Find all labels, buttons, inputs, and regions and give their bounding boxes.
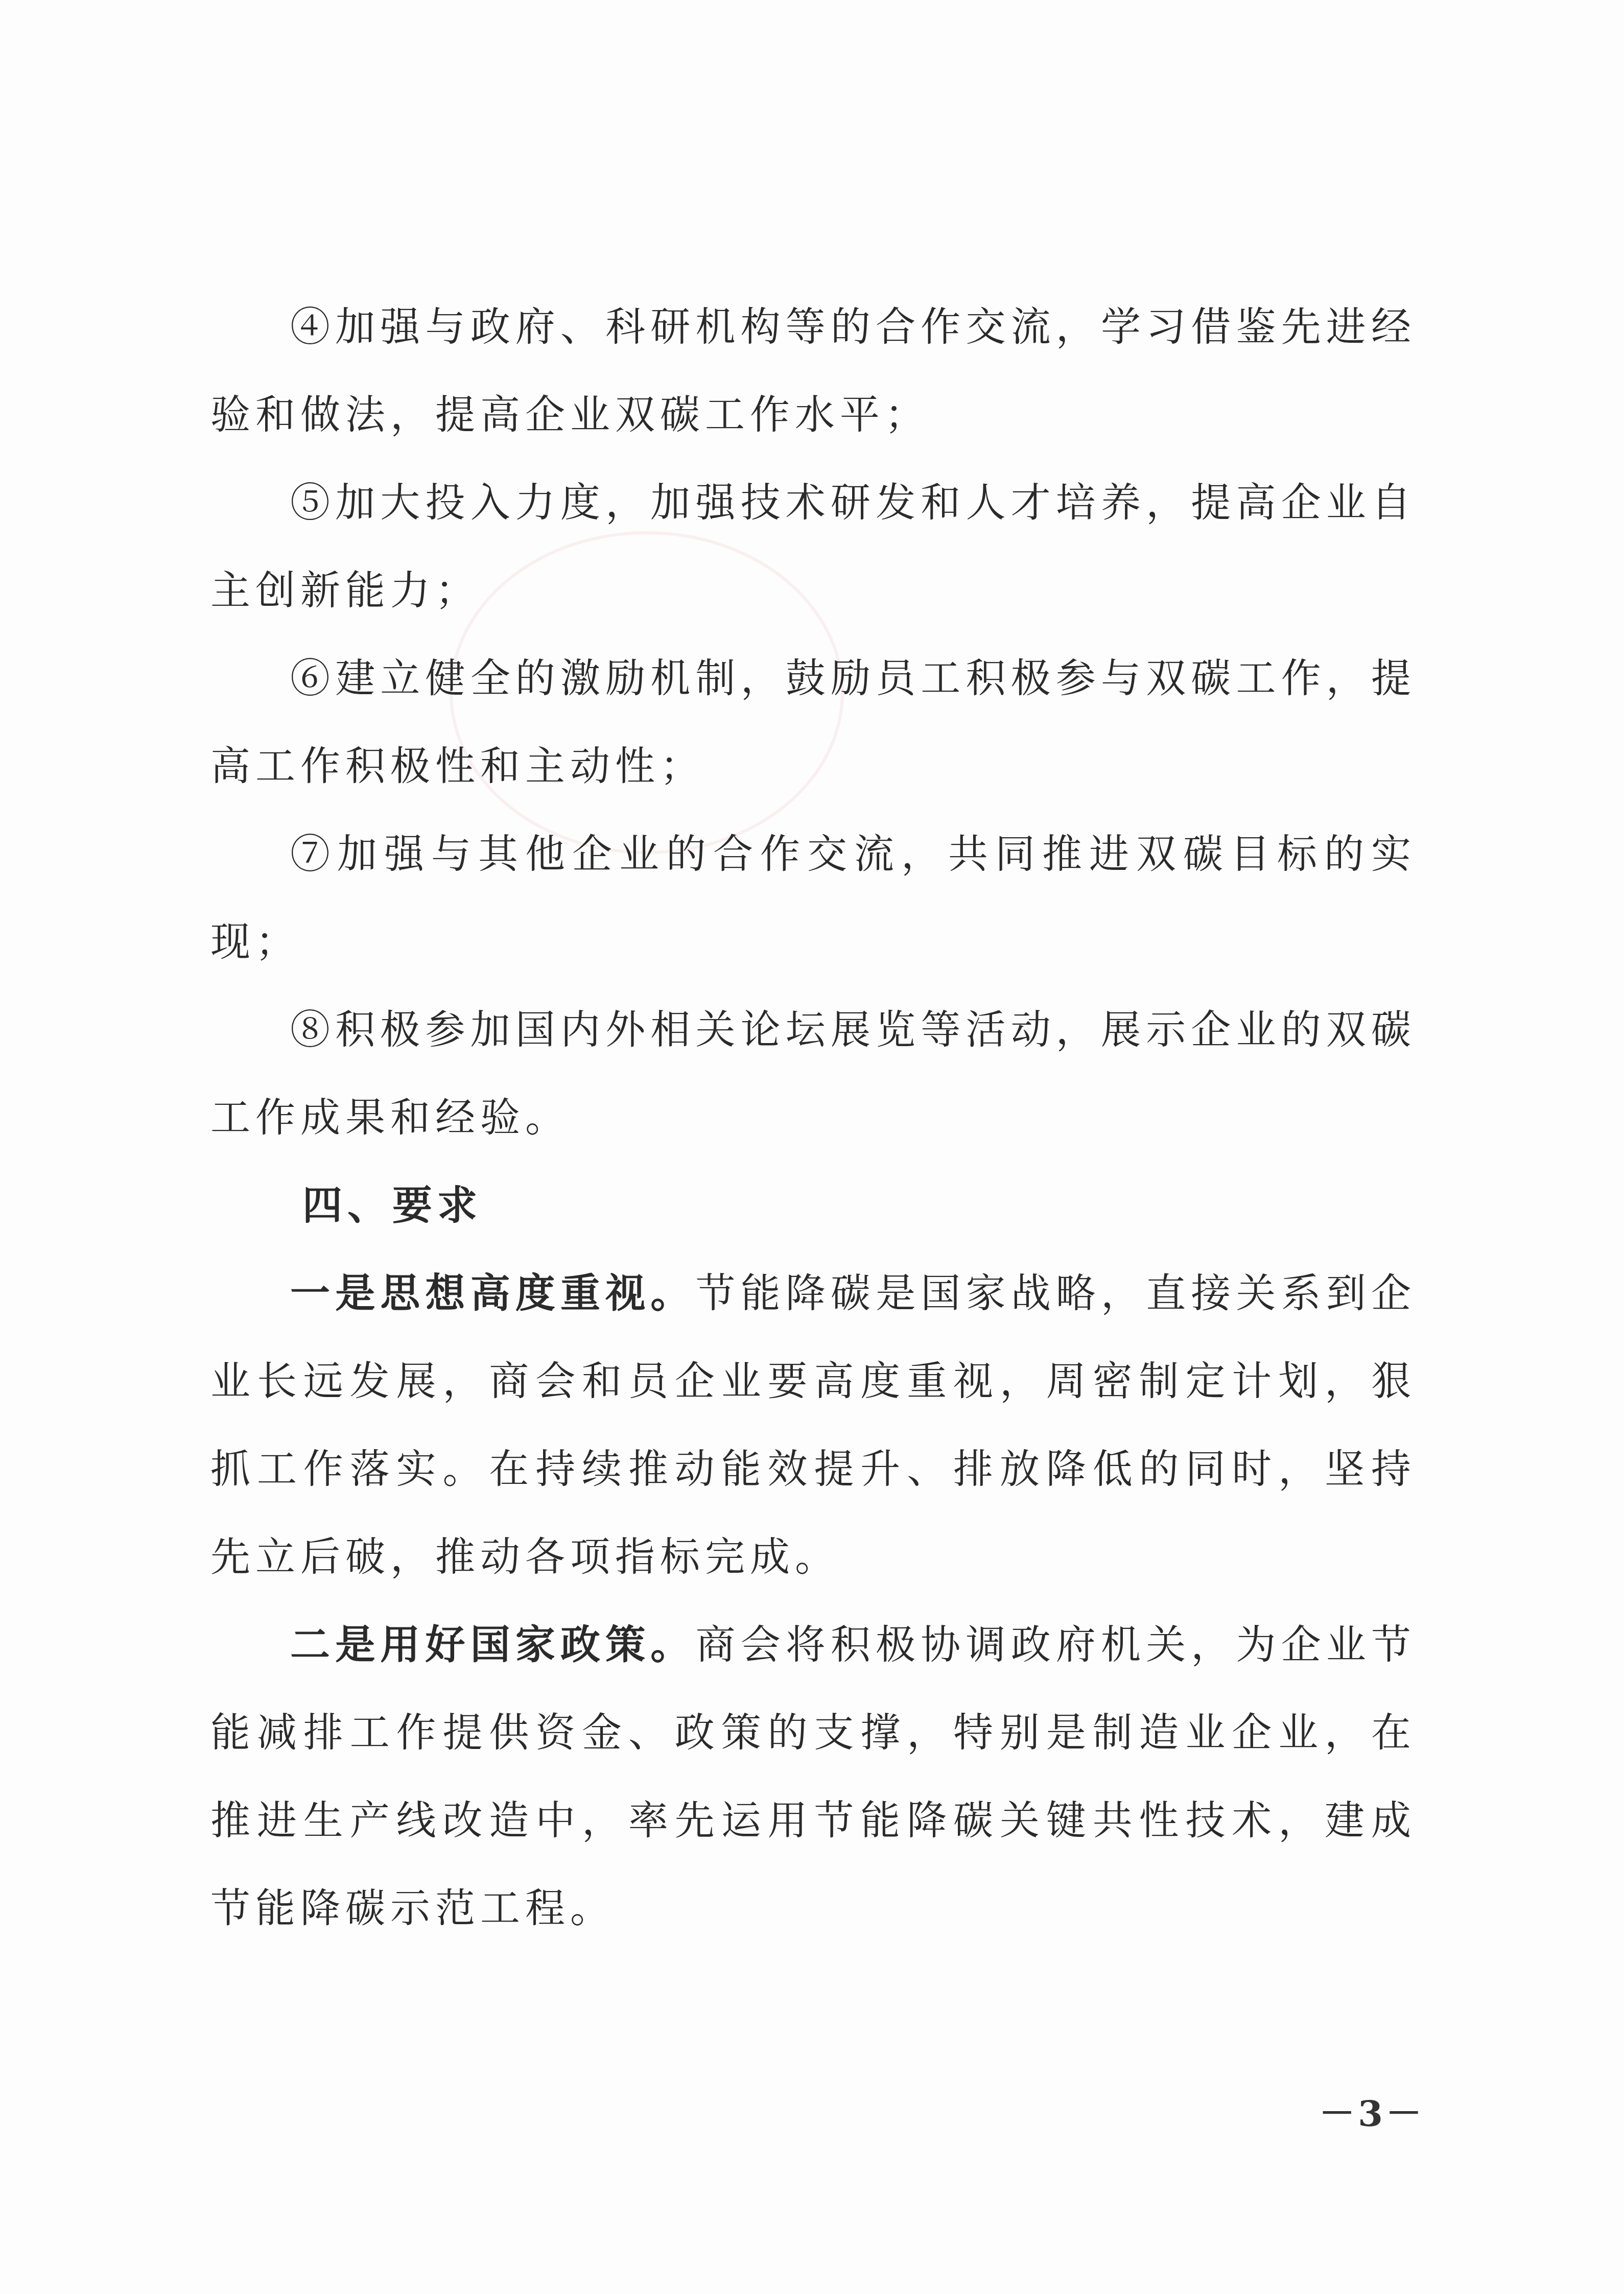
requirement-text: 商会将积极协调政府机关，为企业节能减排工作提供资金、政策的支撑，特别是制造业企业…: [210, 1622, 1416, 1932]
requirement-lead: 一是思想高度重视。: [290, 1271, 696, 1317]
list-item-5: ⑤加大投入力度，加强技术研发和人才培养，提高企业自主创新能力；: [210, 459, 1416, 635]
list-item-4: ④加强与政府、科研机构等的合作交流，学习借鉴先进经验和做法，提高企业双碳工作水平…: [210, 283, 1416, 459]
document-page: ④加强与政府、科研机构等的合作交流，学习借鉴先进经验和做法，提高企业双碳工作水平…: [0, 0, 1624, 2294]
list-item-8: ⑧积极参加国内外相关论坛展览等活动，展示企业的双碳工作成果和经验。: [210, 986, 1416, 1162]
list-item-7: ⑦加强与其他企业的合作交流，共同推进双碳目标的实现；: [210, 811, 1416, 986]
requirement-paragraph-1: 一是思想高度重视。节能降碳是国家战略，直接关系到企业长远发展，商会和员企业要高度…: [210, 1250, 1416, 1601]
document-body: ④加强与政府、科研机构等的合作交流，学习借鉴先进经验和做法，提高企业双碳工作水平…: [210, 283, 1416, 1953]
requirement-lead: 二是用好国家政策。: [290, 1622, 696, 1668]
list-item-6: ⑥建立健全的激励机制，鼓励员工积极参与双碳工作，提高工作积极性和主动性；: [210, 635, 1416, 811]
section-heading-requirements: 四、要求: [210, 1162, 1416, 1250]
requirement-paragraph-2: 二是用好国家政策。商会将积极协调政府机关，为企业节能减排工作提供资金、政策的支撑…: [210, 1601, 1416, 1953]
list-item-text: ④加强与政府、科研机构等的合作交流，学习借鉴先进经验和做法，提高企业双碳工作水平…: [210, 304, 1416, 438]
requirement-text: 节能降碳是国家战略，直接关系到企业长远发展，商会和员企业要高度重视，周密制定计划…: [210, 1271, 1416, 1580]
list-item-text: ⑦加强与其他企业的合作交流，共同推进双碳目标的实现；: [210, 832, 1416, 965]
list-item-text: ⑤加大投入力度，加强技术研发和人才培养，提高企业自主创新能力；: [210, 480, 1416, 614]
list-item-text: ⑧积极参加国内外相关论坛展览等活动，展示企业的双碳工作成果和经验。: [210, 1007, 1416, 1141]
list-item-text: ⑥建立健全的激励机制，鼓励员工积极参与双碳工作，提高工作积极性和主动性；: [210, 656, 1416, 790]
page-number: －3－: [1319, 2085, 1425, 2137]
